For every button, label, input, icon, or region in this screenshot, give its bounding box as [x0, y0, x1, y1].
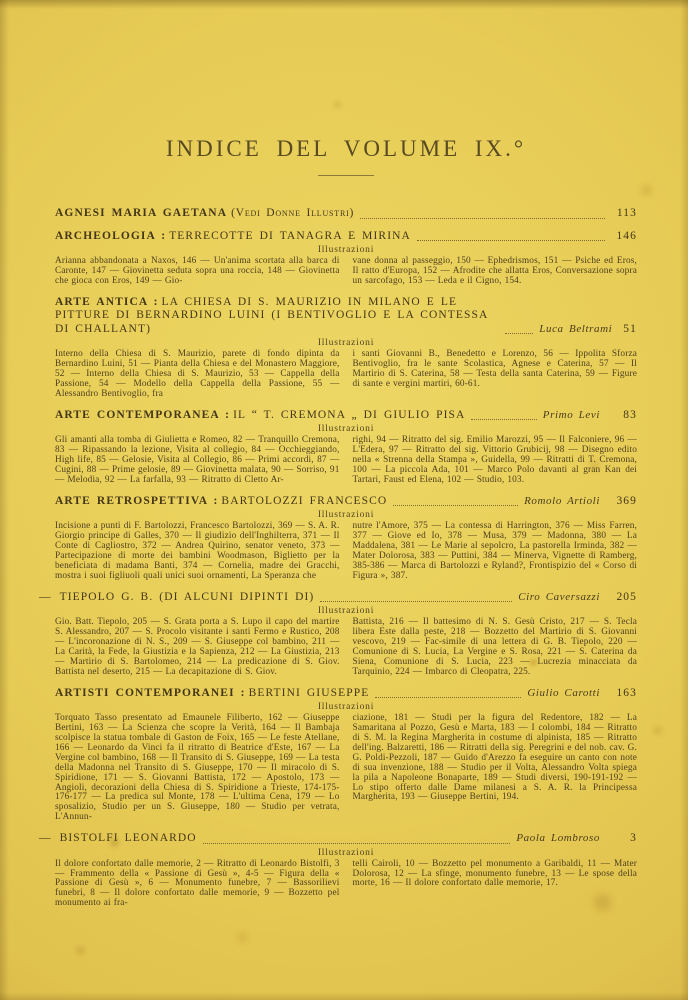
entry-heading: AGNESI MARIA GAETANA(Vedi Donne Illustri…	[55, 207, 637, 221]
page-number: 83	[611, 409, 637, 423]
author-name: Luca Beltrami	[539, 323, 612, 337]
title-divider	[318, 175, 374, 176]
index-entry-arte-contemporanea: ARTE CONTEMPORANEA :IL “ T. CREMONA „ DI…	[55, 409, 637, 486]
dotted-leader	[203, 839, 511, 844]
index-entry-arte-retrospettiva: ARTE RETROSPETTIVA :BARTOLOZZI FRANCESCO…	[55, 495, 637, 582]
entry-title-smallcaps: (Vedi Donne Illustri)	[231, 207, 354, 219]
entry-title: ARTISTI CONTEMPORANEI :BERTINI GIUSEPPE	[55, 687, 369, 701]
index-entry-artisti-contemporanei: ARTISTI CONTEMPORANEI :BERTINI GIUSEPPE …	[55, 687, 637, 823]
illustrations-label: Illustrazioni	[55, 702, 637, 712]
illustrations-columns: Arianna abbandonata a Naxos, 146 — Un'an…	[55, 257, 637, 287]
entry-title: TIEPOLO G. B. (DI ALCUNI DIPINTI DI)	[57, 591, 315, 605]
author-name: Ciro Caversazzi	[518, 591, 600, 605]
entry-title-keyword: AGNESI MARIA GAETANA	[55, 207, 227, 219]
entry-title-rest: TIEPOLO G. B. (DI ALCUNI DIPINTI DI)	[60, 591, 315, 603]
page-number: 3	[611, 832, 637, 846]
entry-heading: — BISTOLFI LEONARDO Paola Lombroso 3	[55, 832, 637, 846]
page-content: INDICE DEL VOLUME IX.° AGNESI MARIA GAET…	[55, 0, 637, 918]
index-entry-archeologia: ARCHEOLOGIA :TERRECOTTE DI TANAGRA E MIR…	[55, 230, 637, 287]
entry-dash: —	[39, 591, 52, 605]
entry-heading: ARCHEOLOGIA :TERRECOTTE DI TANAGRA E MIR…	[55, 230, 637, 244]
illustrations-label: Illustrazioni	[55, 245, 637, 255]
column-right: telli Cairoli, 10 — Bozzetto pel monumen…	[353, 860, 638, 910]
entry-heading: ARTE ANTICA :LA CHIESA DI S. MAURIZIO IN…	[55, 296, 637, 337]
illustrations-label: Illustrazioni	[55, 848, 637, 858]
author-name: Primo Levi	[543, 409, 600, 423]
illustrations-columns: Interno della Chiesa di S. Maurizio, par…	[55, 350, 637, 400]
dotted-leader	[505, 329, 533, 334]
dotted-leader	[471, 415, 536, 420]
entry-title: BISTOLFI LEONARDO	[57, 832, 197, 846]
entry-title-rest: BERTINI GIUSEPPE	[249, 687, 370, 699]
page-number: 369	[611, 495, 637, 509]
entry-title: AGNESI MARIA GAETANA(Vedi Donne Illustri…	[55, 207, 354, 221]
index-entry-arte-antica: ARTE ANTICA :LA CHIESA DI S. MAURIZIO IN…	[55, 296, 637, 400]
dotted-leader	[375, 693, 521, 698]
column-left: Gli amanti alla tomba di Giulietta e Rom…	[55, 436, 340, 486]
column-left: Gio. Batt. Tiepolo, 205 — S. Grata porta…	[55, 618, 340, 677]
page-number: 163	[611, 687, 637, 701]
entry-heading: — TIEPOLO G. B. (DI ALCUNI DIPINTI DI) C…	[55, 591, 637, 605]
illustrations-label: Illustrazioni	[55, 606, 637, 616]
column-left: Torquato Tasso presentato ad Emaunele Fi…	[55, 714, 340, 823]
illustrations-columns: Gio. Batt. Tiepolo, 205 — S. Grata porta…	[55, 618, 637, 677]
entry-title-rest: BARTOLOZZI FRANCESCO	[221, 495, 387, 507]
author-name: Romolo Artioli	[524, 495, 600, 509]
illustrations-columns: Incisione a punti di F. Bartolozzi, Fran…	[55, 522, 637, 581]
index-entry-bistolfi: — BISTOLFI LEONARDO Paola Lombroso 3 Ill…	[55, 832, 637, 909]
illustrations-columns: Torquato Tasso presentato ad Emaunele Fi…	[55, 714, 637, 823]
entry-title-keyword: ARTE RETROSPETTIVA :	[55, 495, 218, 507]
column-left: Incisione a punti di F. Bartolozzi, Fran…	[55, 522, 340, 581]
entry-heading: ARTE CONTEMPORANEA :IL “ T. CREMONA „ DI…	[55, 409, 637, 423]
index-entry-tiepolo: — TIEPOLO G. B. (DI ALCUNI DIPINTI DI) C…	[55, 591, 637, 678]
column-right: Battista, 216 — Il battesimo di N. S. Ge…	[353, 618, 638, 677]
column-right: i santi Giovanni B., Benedetto e Lorenzo…	[353, 350, 638, 400]
page-number: 51	[623, 323, 637, 337]
entry-title-keyword: ARTISTI CONTEMPORANEI :	[55, 687, 246, 699]
illustrations-columns: Il dolore confortato dalle memorie, 2 — …	[55, 860, 637, 910]
index-entry-agnesi: AGNESI MARIA GAETANA(Vedi Donne Illustri…	[55, 207, 637, 221]
column-right: nutre l'Amore, 375 — La contessa di Harr…	[353, 522, 638, 581]
column-right: ciazione, 181 — Studi per la figura del …	[353, 714, 638, 823]
column-left: Il dolore confortato dalle memorie, 2 — …	[55, 860, 340, 910]
entry-title-rest: TERRECOTTE DI TANAGRA E MIRINA	[169, 230, 411, 242]
page-number: 146	[611, 230, 637, 244]
entry-title-rest: BISTOLFI LEONARDO	[60, 832, 197, 844]
author-name: Giulio Carotti	[527, 687, 600, 701]
entry-dash: —	[39, 832, 52, 846]
illustrations-columns: Gli amanti alla tomba di Giulietta e Rom…	[55, 436, 637, 486]
index-entries: AGNESI MARIA GAETANA(Vedi Donne Illustri…	[55, 207, 637, 909]
illustrations-label: Illustrazioni	[55, 510, 637, 520]
foxing-spots	[0, 0, 5, 5]
entry-title-keyword: ARTE CONTEMPORANEA :	[55, 409, 230, 421]
entry-title-keyword: ARCHEOLOGIA :	[55, 230, 166, 242]
entry-heading: ARTISTI CONTEMPORANEI :BERTINI GIUSEPPE …	[55, 687, 637, 701]
scanned-book-page: INDICE DEL VOLUME IX.° AGNESI MARIA GAET…	[0, 0, 688, 1000]
entry-title: ARTE ANTICA :LA CHIESA DI S. MAURIZIO IN…	[55, 296, 499, 337]
dotted-leader	[360, 214, 605, 219]
entry-heading: ARTE RETROSPETTIVA :BARTOLOZZI FRANCESCO…	[55, 495, 637, 509]
column-right: vane donna al passeggio, 150 — Ephedrism…	[353, 257, 638, 287]
column-right: righi, 94 — Ritratto del sig. Emilio Mar…	[353, 436, 638, 486]
entry-title: ARCHEOLOGIA :TERRECOTTE DI TANAGRA E MIR…	[55, 230, 411, 244]
illustrations-label: Illustrazioni	[55, 424, 637, 434]
column-left: Arianna abbandonata a Naxos, 146 — Un'an…	[55, 257, 340, 287]
page-number: 205	[611, 591, 637, 605]
page-number: 113	[611, 207, 637, 221]
dotted-leader	[393, 501, 518, 506]
author-name: Paola Lombroso	[516, 832, 600, 846]
entry-title-keyword: ARTE ANTICA :	[55, 296, 159, 308]
entry-title: ARTE CONTEMPORANEA :IL “ T. CREMONA „ DI…	[55, 409, 465, 423]
illustrations-label: Illustrazioni	[55, 338, 637, 348]
dotted-leader	[417, 236, 605, 241]
entry-title: ARTE RETROSPETTIVA :BARTOLOZZI FRANCESCO	[55, 495, 387, 509]
column-left: Interno della Chiesa di S. Maurizio, par…	[55, 350, 340, 400]
dotted-leader	[320, 597, 512, 602]
entry-title-rest: IL “ T. CREMONA „ DI GIULIO PISA	[233, 409, 465, 421]
page-title: INDICE DEL VOLUME IX.°	[55, 136, 637, 162]
